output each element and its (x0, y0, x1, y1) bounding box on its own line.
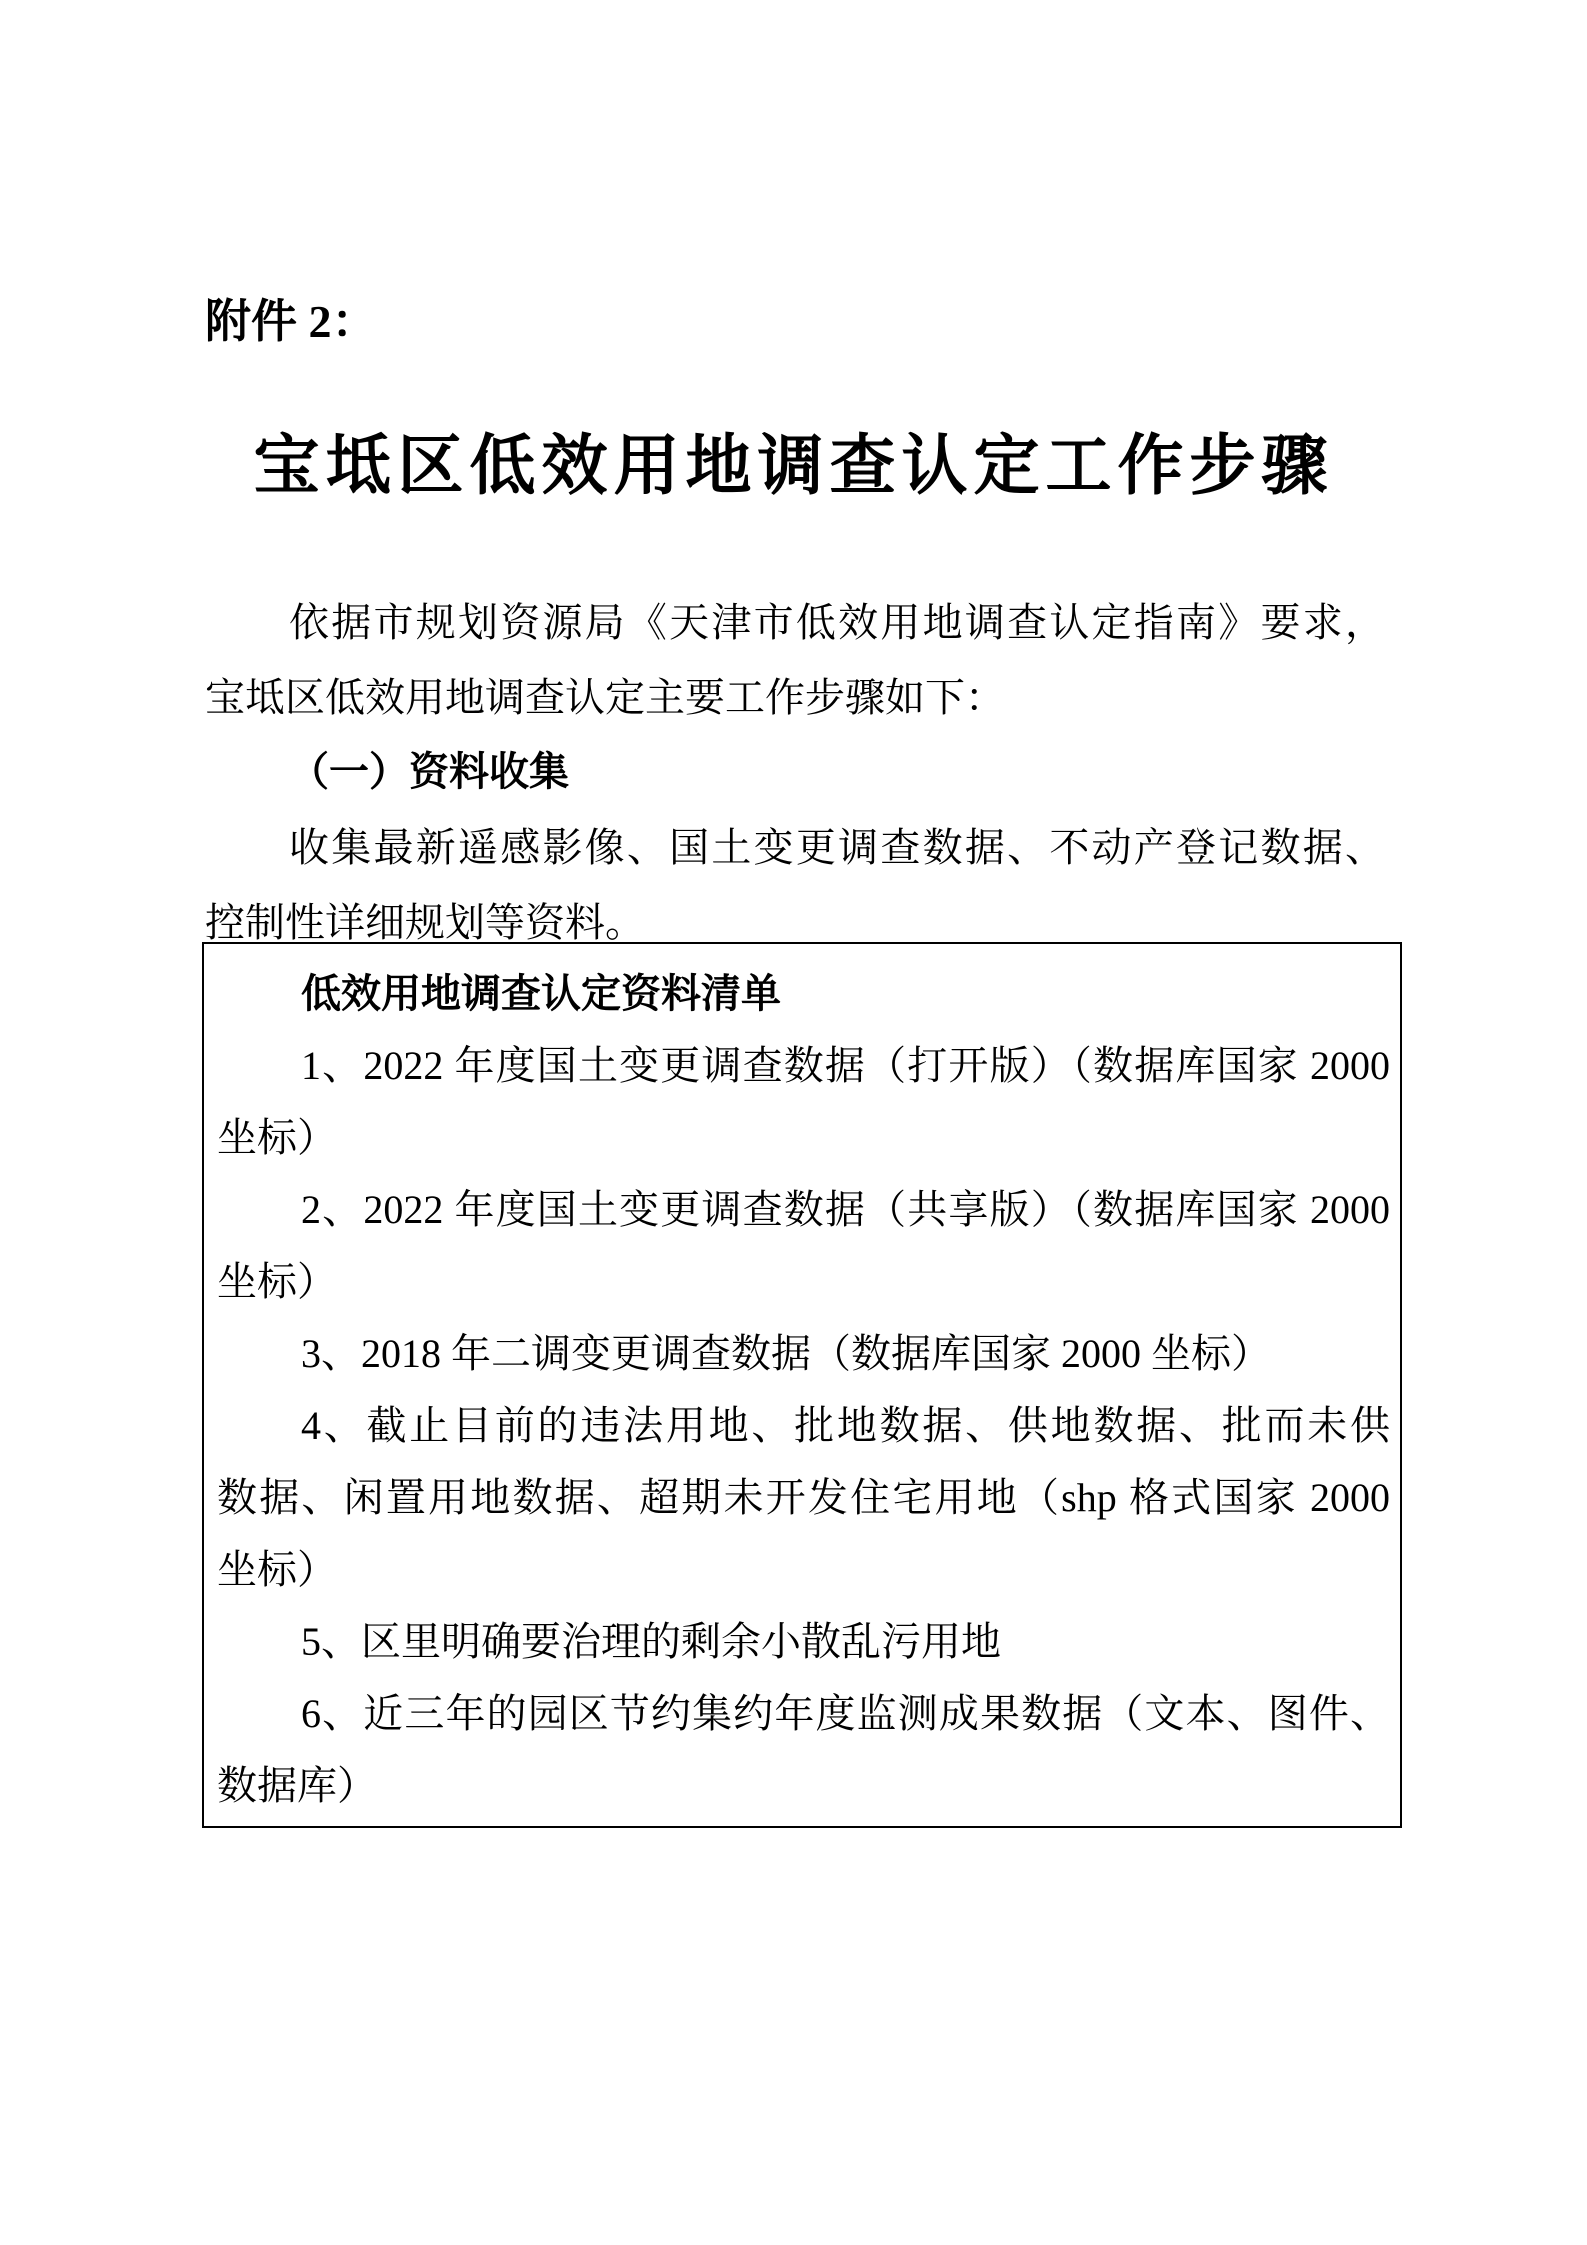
checklist-line-item5: 5、区里明确要治理的剩余小散乱污用地 (217, 1606, 1390, 1678)
section-1-body-line-1: 收集最新遥感影像、国土变更调查数据、不动产登记数据、 (205, 810, 1385, 885)
section-1-heading: （一）资料收集 (205, 735, 1385, 810)
document-page: 附件 2： 宝坻区低效用地调查认定工作步骤 依据市规划资源局《天津市低效用地调查… (0, 0, 1587, 2245)
intro-paragraph: 依据市规划资源局《天津市低效用地调查认定指南》要求， 宝坻区低效用地调查认定主要… (205, 585, 1385, 735)
checklist-line-item1-a: 1、2022 年度国土变更调查数据（打开版）（数据库国家 2000 (217, 1030, 1390, 1102)
section-1: （一）资料收集 (205, 735, 1385, 810)
checklist-line-item4-b: 数据、闲置用地数据、超期未开发住宅用地（shp 格式国家 2000 (217, 1462, 1390, 1534)
checklist-line-item6-a: 6、近三年的园区节约集约年度监测成果数据（文本、图件、 (217, 1678, 1390, 1750)
intro-line-2: 宝坻区低效用地调查认定主要工作步骤如下： (205, 660, 1385, 735)
checklist-line-item4-c: 坐标） (217, 1534, 1390, 1606)
intro-line-1: 依据市规划资源局《天津市低效用地调查认定指南》要求， (205, 585, 1385, 660)
checklist-line-item4-a: 4、截止目前的违法用地、批地数据、供地数据、批而未供 (217, 1390, 1390, 1462)
checklist-line-item1-b: 坐标） (217, 1102, 1390, 1174)
document-title: 宝坻区低效用地调查认定工作步骤 (0, 428, 1587, 506)
checklist-box: 低效用地调查认定资料清单 1、2022 年度国土变更调查数据（打开版）（数据库国… (202, 942, 1402, 1828)
checklist-line-item2-a: 2、2022 年度国土变更调查数据（共享版）（数据库国家 2000 (217, 1174, 1390, 1246)
checklist-box-title: 低效用地调查认定资料清单 (217, 958, 1390, 1030)
checklist-line-item2-b: 坐标） (217, 1246, 1390, 1318)
attachment-label: 附件 2： (205, 293, 378, 351)
checklist-line-item6-b: 数据库） (217, 1750, 1390, 1822)
section-1-body: 收集最新遥感影像、国土变更调查数据、不动产登记数据、 控制性详细规划等资料。 (205, 810, 1385, 960)
checklist-line-item3: 3、2018 年二调变更调查数据（数据库国家 2000 坐标） (217, 1318, 1390, 1390)
